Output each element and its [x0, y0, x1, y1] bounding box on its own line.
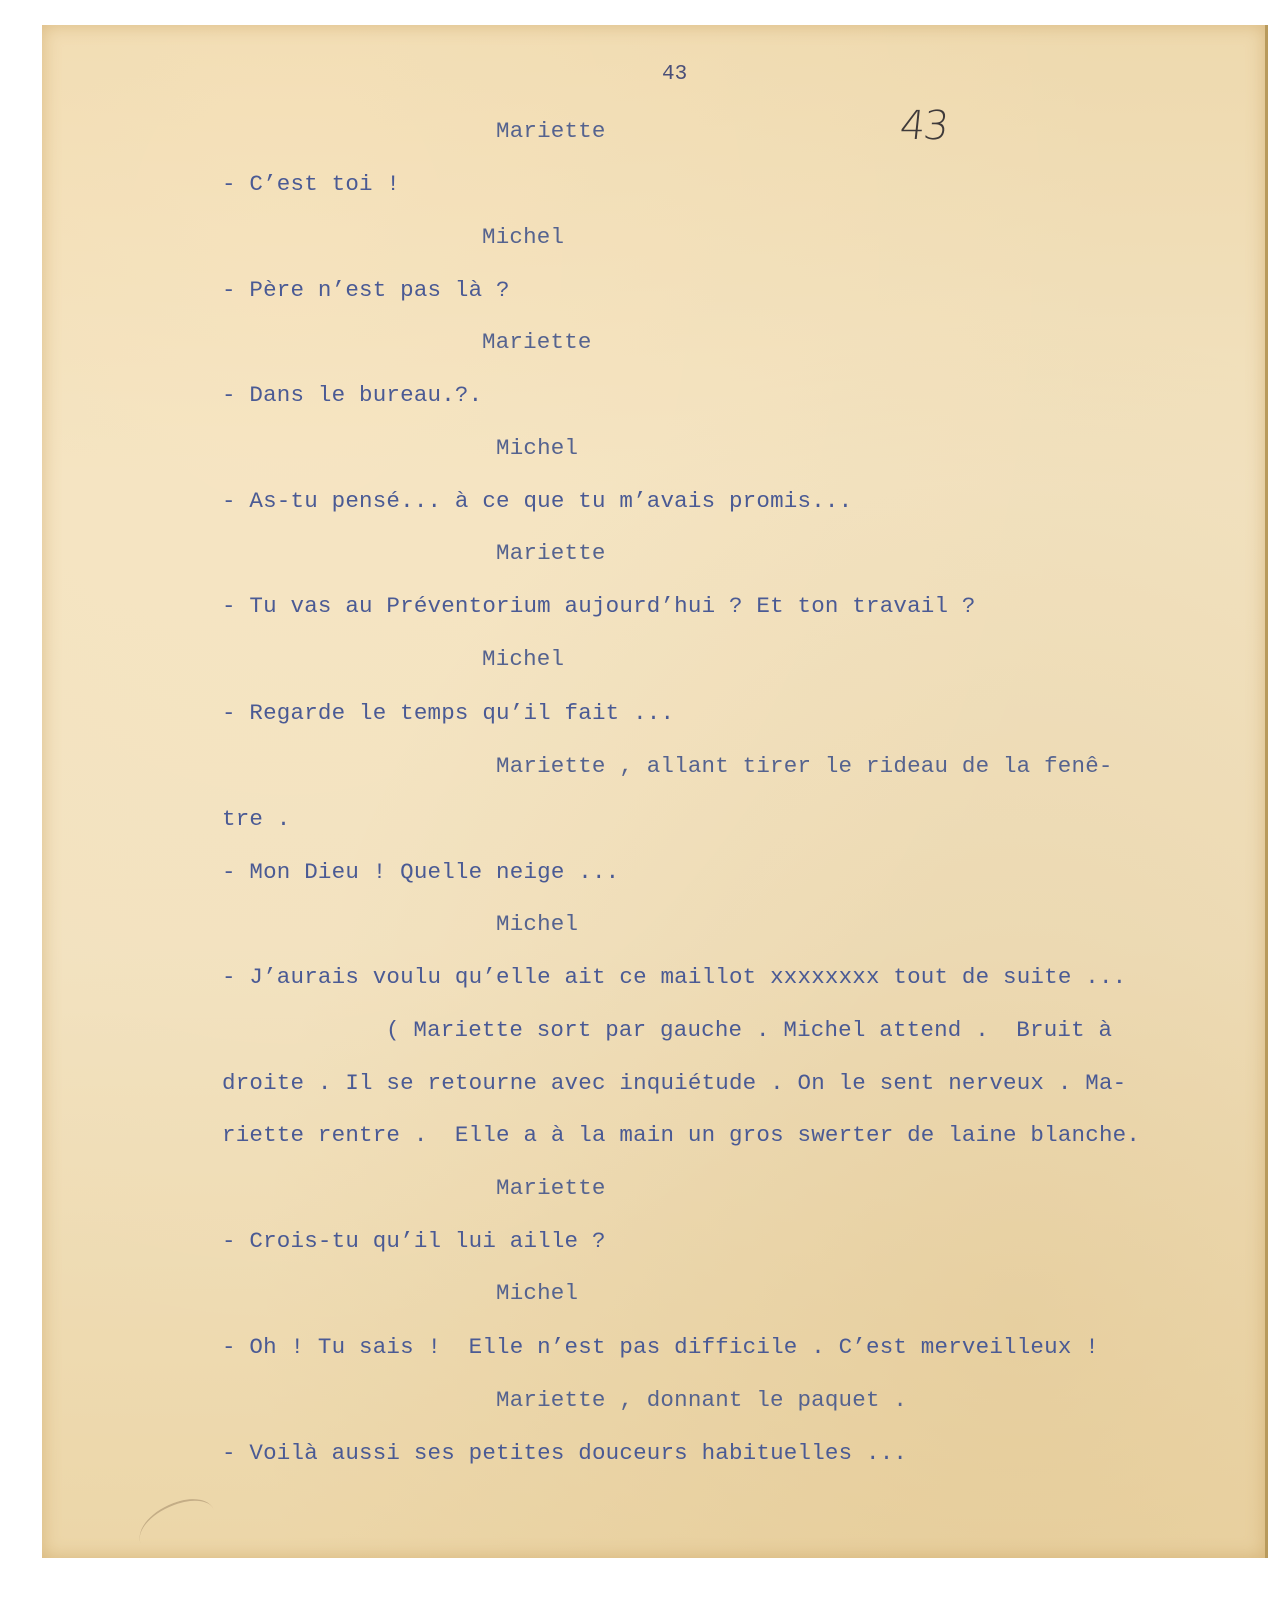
dialogue-line: - Voilà aussi ses petites douceurs habit…	[222, 1442, 907, 1465]
pencil-smudge	[132, 1492, 223, 1561]
speaker-name: Mariette	[496, 1177, 606, 1200]
dialogue-line: - C’est toi !	[222, 173, 400, 196]
dialogue-line: - Regarde le temps qu’il fait ...	[222, 702, 674, 725]
dialogue-line: - Oh ! Tu sais ! Elle n’est pas difficil…	[222, 1336, 1099, 1359]
dialogue-line: - As-tu pensé... à ce que tu m’avais pro…	[222, 490, 852, 513]
speaker-direction: Mariette , donnant le paquet .	[496, 1389, 907, 1412]
typed-page-number: 43	[662, 63, 687, 86]
speaker-name: Michel	[496, 1282, 578, 1305]
dialogue-line: - Tu vas au Préventorium aujourd’hui ? E…	[222, 595, 976, 618]
dialogue-line: - J’aurais voulu qu’elle ait ce maillot …	[222, 966, 1126, 989]
speaker-name: Michel	[496, 913, 578, 936]
speaker-name: Michel	[482, 648, 564, 671]
dialogue-line: - Père n’est pas là ?	[222, 279, 510, 302]
speaker-name: Michel	[496, 437, 578, 460]
typescript-page: 43 43 Mariette - C’est toi ! Michel - Pè…	[42, 25, 1268, 1558]
handwritten-page-number: 43	[898, 103, 950, 149]
speaker-name: Mariette	[482, 331, 592, 354]
speaker-name: Mariette	[496, 120, 606, 143]
stage-direction: droite . Il se retourne avec inquiétude …	[222, 1072, 1126, 1095]
speaker-direction: Mariette , allant tirer le rideau de la …	[496, 755, 1113, 778]
speaker-name: Michel	[482, 226, 564, 249]
stage-direction: riette rentre . Elle a à la main un gros…	[222, 1124, 1140, 1147]
speaker-name: Mariette	[496, 542, 606, 565]
continuation-line: tre .	[222, 808, 291, 831]
stage-direction: ( Mariette sort par gauche . Michel atte…	[386, 1019, 1112, 1042]
dialogue-line: - Crois-tu qu’il lui aille ?	[222, 1230, 606, 1253]
dialogue-line: - Mon Dieu ! Quelle neige ...	[222, 861, 619, 884]
dialogue-line: - Dans le bureau.?.	[222, 384, 482, 407]
